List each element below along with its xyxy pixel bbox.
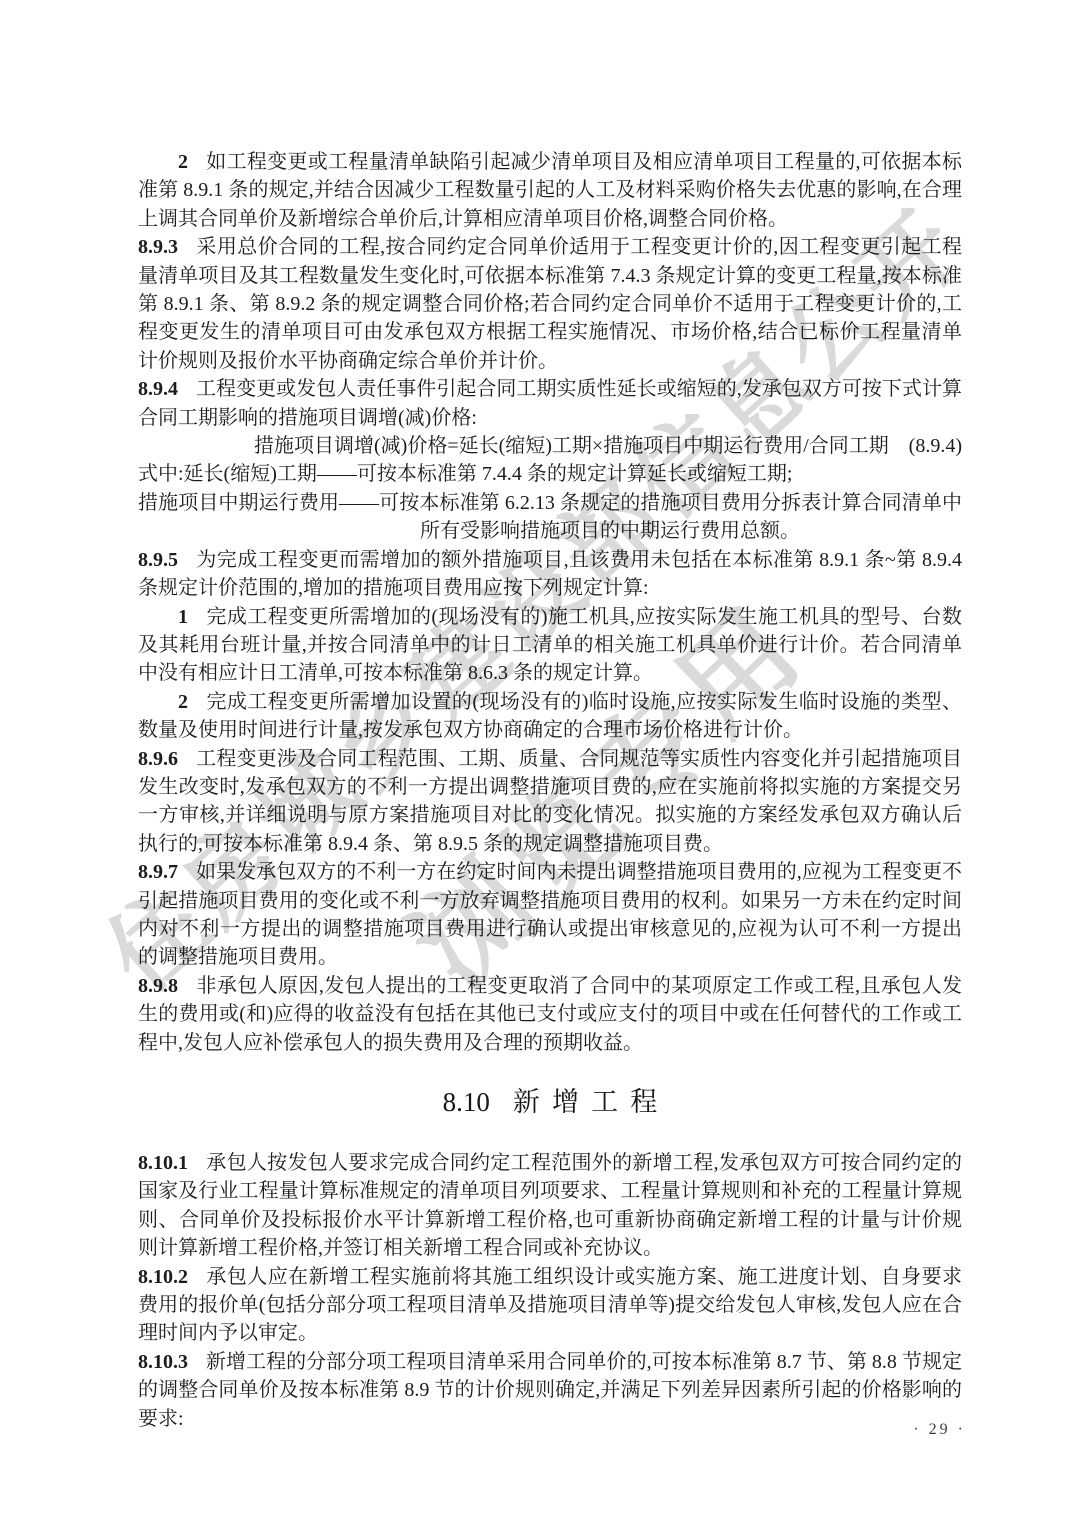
paragraph-8-9-5-item-1: 1完成工程变更所需增加的(现场没有的)施工机具,应按实际发生施工机具的型号、台数… xyxy=(138,603,962,688)
sub-item-number: 2 xyxy=(178,691,188,713)
clause-text: 新增工程的分部分项工程项目清单采用合同单价的,可按本标准第 8.7 节、第 8.… xyxy=(138,1351,962,1430)
clause-number: 8.9.5 xyxy=(138,549,178,571)
clause-paragraph-8-9-4: 8.9.4工程变更或发包人责任事件引起合同工期实质性延长或缩短的,发承包双方可按… xyxy=(138,375,962,432)
sub-item-text: 完成工程变更所需增加设置的(现场没有的)临时设施,应按实际发生临时设施的类型、数… xyxy=(138,691,962,741)
clause-text: 工程变更或发包人责任事件引起合同工期实质性延长或缩短的,发承包双方可按下式计算合… xyxy=(138,378,962,428)
clause-paragraph-8-10-2: 8.10.2承包人应在新增工程实施前将其施工组织设计或实施方案、施工进度计划、自… xyxy=(138,1263,962,1348)
clause-number: 8.9.3 xyxy=(138,236,178,258)
sub-item-number: 2 xyxy=(178,151,188,173)
page-body: 2如工程变更或工程量清单缺陷引起减少清单项目及相应清单项目工程量的,可依据本标准… xyxy=(138,148,962,1433)
section-number: 8.10 xyxy=(443,1087,490,1117)
clause-number: 8.10.3 xyxy=(138,1351,188,1373)
clause-text: 非承包人原因,发包人提出的工程变更取消了合同中的某项原定工作或工程,且承包人发生… xyxy=(138,975,962,1054)
where-text: 式中:延长(缩短)工期——可按本标准第 7.4.4 条的规定计算延长或缩短工期; xyxy=(138,463,792,485)
sub-item-text: 如工程变更或工程量清单缺陷引起减少清单项目及相应清单项目工程量的,可依据本标准第… xyxy=(138,151,962,230)
clause-number: 8.9.8 xyxy=(138,975,178,997)
clause-paragraph-8-9-8: 8.9.8非承包人原因,发包人提出的工程变更取消了合同中的某项原定工作或工程,且… xyxy=(138,972,962,1057)
clause-paragraph-8-9-6: 8.9.6工程变更涉及合同工程范围、工期、质量、合同规范等实质性内容变化并引起措… xyxy=(138,745,962,859)
clause-paragraph-8-9-7: 8.9.7如果发承包双方的不利一方在约定时间内未提出调整措施项目费用的,应视为工… xyxy=(138,858,962,972)
clause-paragraph-8-9-5: 8.9.5为完成工程变更而需增加的额外措施项目,且该费用未包括在本标准第 8.9… xyxy=(138,546,962,603)
clause-number: 8.9.4 xyxy=(138,378,178,400)
section-heading-8-10: 8.10新增工程 xyxy=(138,1085,962,1119)
paragraph-sub-item-2-intro: 2如工程变更或工程量清单缺陷引起减少清单项目及相应清单项目工程量的,可依据本标准… xyxy=(138,148,962,233)
clause-paragraph-8-9-3: 8.9.3采用总价合同的工程,按合同约定合同单价适用于工程变更计价的,因工程变更… xyxy=(138,233,962,375)
clause-text: 如果发承包双方的不利一方在约定时间内未提出调整措施项目费用的,应视为工程变更不引… xyxy=(138,861,962,968)
formula-expression: 措施项目调增(减)价格=延长(缩短)工期×措施项目中期运行费用/合同工期 xyxy=(254,435,889,457)
document-page: 住房城乡建设部信息公开 浏览专用 2如工程变更或工程量清单缺陷引起减少清单项目及… xyxy=(0,0,1080,1529)
sub-item-number: 1 xyxy=(178,606,188,628)
clause-text: 采用总价合同的工程,按合同约定合同单价适用于工程变更计价的,因工程变更引起工程量… xyxy=(138,236,962,372)
clause-paragraph-8-10-1: 8.10.1承包人按发包人要求完成合同约定工程范围外的新增工程,发承包双方可按合… xyxy=(138,1149,962,1263)
clause-text: 工程变更涉及合同工程范围、工期、质量、合同规范等实质性内容变化并引起措施项目发生… xyxy=(138,748,962,855)
clause-number: 8.10.1 xyxy=(138,1152,188,1174)
sub-item-text: 完成工程变更所需增加的(现场没有的)施工机具,应按实际发生施工机具的型号、台数及… xyxy=(138,606,962,685)
page-number: · 29 · xyxy=(913,1421,966,1439)
formula-where-line-2: 措施项目中期运行费用——可按本标准第 6.2.13 条规定的措施项目费用分拆表计… xyxy=(138,489,962,546)
clause-number: 8.9.7 xyxy=(138,861,178,883)
formula-number: (8.9.4) xyxy=(909,432,962,460)
clause-text: 承包人应在新增工程实施前将其施工组织设计或实施方案、施工进度计划、自身要求费用的… xyxy=(138,1266,962,1345)
clause-number: 8.9.6 xyxy=(138,748,178,770)
section-title: 新增工程 xyxy=(513,1087,670,1117)
formula-where-line-1: 式中:延长(缩短)工期——可按本标准第 7.4.4 条的规定计算延长或缩短工期; xyxy=(138,460,962,488)
clause-number: 8.10.2 xyxy=(138,1266,188,1288)
where-text: 措施项目中期运行费用——可按本标准第 6.2.13 条规定的措施项目费用分拆表计… xyxy=(138,492,962,542)
paragraph-8-9-5-item-2: 2完成工程变更所需增加设置的(现场没有的)临时设施,应按实际发生临时设施的类型、… xyxy=(138,688,962,745)
clause-text: 承包人按发包人要求完成合同约定工程范围外的新增工程,发承包双方可按合同约定的国家… xyxy=(138,1152,962,1259)
clause-text: 为完成工程变更而需增加的额外措施项目,且该费用未包括在本标准第 8.9.1 条~… xyxy=(138,549,962,599)
clause-paragraph-8-10-3: 8.10.3新增工程的分部分项工程项目清单采用合同单价的,可按本标准第 8.7 … xyxy=(138,1348,962,1433)
formula-8-9-4: 措施项目调增(减)价格=延长(缩短)工期×措施项目中期运行费用/合同工期(8.9… xyxy=(138,432,962,460)
